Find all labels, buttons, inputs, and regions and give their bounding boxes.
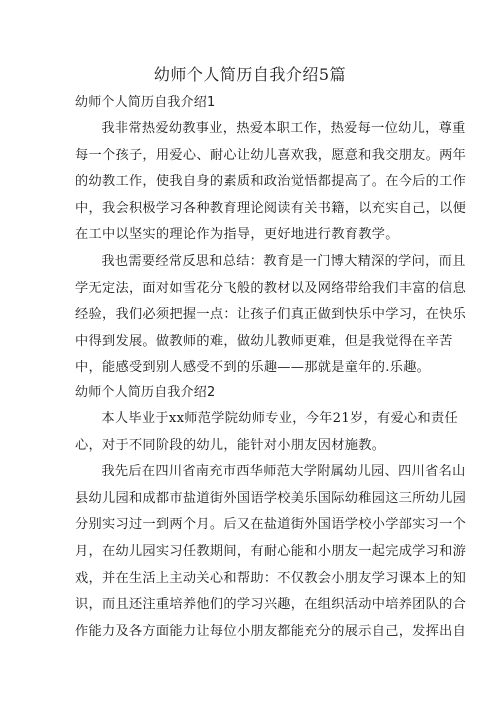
text-line: 戏，并在生活上主动关心和帮助：不仅教会小朋友学习课本上的知 — [75, 566, 427, 593]
text-line: 我也需要经常反思和总结：教育是一门博大精深的学问，而且 — [75, 249, 427, 276]
text-line: 在工中以坚实的理论作为指导，更好地进行教育教学。 — [75, 222, 427, 249]
text-line: 中，能感受到别人感受不到的乐趣——那就是童年的.乐趣。 — [75, 355, 427, 382]
paragraph-2-2: 我先后在四川省南充市西华师范大学附属幼儿园、四川省名山 县幼儿园和成都市盐道街外… — [75, 459, 427, 645]
document-body: 幼师个人简历自我介绍1 我非常热爱幼教事业，热爱本职工作，热爱每一位幼儿，尊重 … — [75, 92, 427, 645]
text-line: 识，而且还注重培养他们的学习兴趣，在组织活动中培养团队的合 — [75, 592, 427, 619]
text-line: 我先后在四川省南充市西华师范大学附属幼儿园、四川省名山 — [75, 459, 427, 486]
text-line: 中，我会积极学习各种教育理论阅读有关书籍，以充实自己，以便 — [75, 196, 427, 223]
text-line: 的幼教工作，使我自身的素质和政治觉悟都提高了。在今后的工作 — [75, 169, 427, 196]
text-line: 我非常热爱幼教事业，热爱本职工作，热爱每一位幼儿，尊重 — [75, 116, 427, 143]
text-line: 学无定法，面对如雪花分飞般的教材以及网络带给我们丰富的信息 — [75, 276, 427, 303]
section-heading-2: 幼师个人简历自我介绍2 — [75, 382, 427, 406]
text-line: 每一个孩子，用爱心、耐心让幼儿喜欢我，愿意和我交朋友。两年 — [75, 143, 427, 170]
paragraph-1-1: 我非常热爱幼教事业，热爱本职工作，热爱每一位幼儿，尊重 每一个孩子，用爱心、耐心… — [75, 116, 427, 249]
paragraph-2-1: 本人毕业于xx师范学院幼师专业，今年21岁，有爱心和责任 心，对于不同阶段的幼儿… — [75, 406, 427, 459]
text-line: 经验，我们必须把握一点：让孩子们真正做到快乐中学习，在快乐 — [75, 302, 427, 329]
text-line: 县幼儿园和成都市盐道街外国语学校美乐国际幼稚园这三所幼儿园 — [75, 486, 427, 513]
text-line: 心，对于不同阶段的幼儿，能针对小朋友因材施教。 — [75, 433, 427, 460]
section-heading-1: 幼师个人简历自我介绍1 — [75, 92, 427, 116]
text-line: 分别实习过一到两个月。后又在盐道街外国语学校小学部实习一个 — [75, 512, 427, 539]
text-line: 本人毕业于xx师范学院幼师专业，今年21岁，有爱心和责任 — [75, 406, 427, 433]
paragraph-1-2: 我也需要经常反思和总结：教育是一门博大精深的学问，而且 学无定法，面对如雪花分飞… — [75, 249, 427, 382]
document-title: 幼师个人简历自我介绍5篇 — [0, 64, 500, 86]
text-line: 作能力及各方面能力让每位小朋友都能充分的展示自己，发挥出自 — [75, 619, 427, 646]
text-line: 中得到发展。做教师的难，做幼儿教师更难，但是我觉得在辛苦 — [75, 329, 427, 356]
text-line: 月，在幼儿园实习任教期间，有耐心能和小朋友一起完成学习和游 — [75, 539, 427, 566]
document-page: 幼师个人简历自我介绍5篇 幼师个人简历自我介绍1 我非常热爱幼教事业，热爱本职工… — [0, 0, 500, 707]
